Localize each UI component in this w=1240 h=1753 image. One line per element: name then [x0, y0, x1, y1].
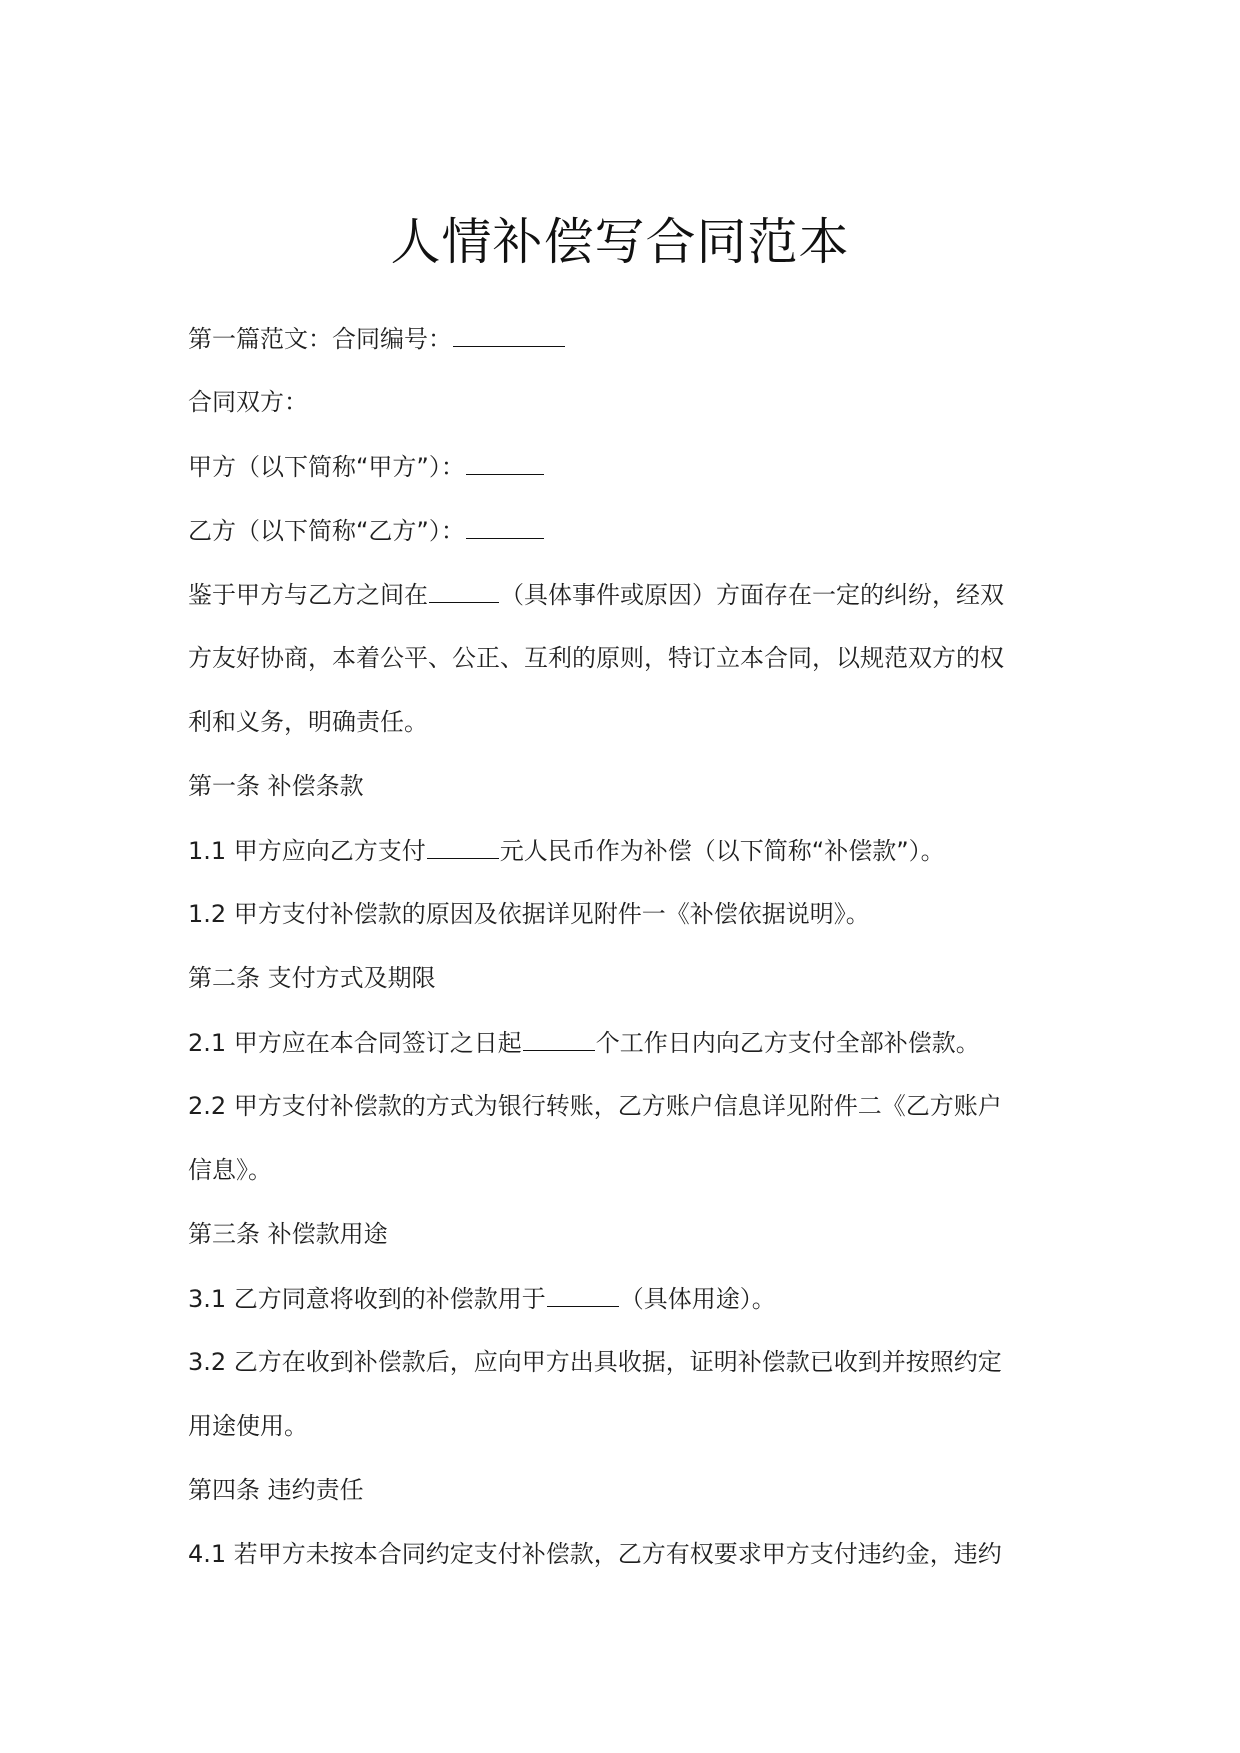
line-text: 合同双方：: [188, 388, 308, 416]
days-blank: [523, 1026, 595, 1051]
line-text: 信息》。: [188, 1156, 272, 1184]
line-text: 第二条 支付方式及期限: [188, 964, 436, 992]
line-text: 用途使用。: [188, 1412, 308, 1440]
line-text: 第三条 补偿款用途: [188, 1220, 388, 1248]
clause-4-1: 4.1 若甲方未按本合同约定支付补偿款，乙方有权要求甲方支付违约金，违约: [188, 1538, 1002, 1570]
line-text: 个工作日内向乙方支付全部补偿款。: [596, 1029, 980, 1057]
line-text: 1.2 甲方支付补偿款的原因及依据详见附件一《补偿依据说明》。: [188, 900, 870, 928]
preamble-line-1: 鉴于甲方与乙方之间在（具体事件或原因）方面存在一定的纠纷，经双: [188, 578, 1004, 611]
line-text: 3.1 乙方同意将收到的补偿款用于: [188, 1285, 546, 1313]
line-text: 4.1 若甲方未按本合同约定支付补偿款，乙方有权要求甲方支付违约金，违约: [188, 1540, 1002, 1568]
preamble-line-2: 方友好协商，本着公平、公正、互利的原则，特订立本合同，以规范双方的权: [188, 642, 1004, 674]
party-b-blank: [466, 514, 544, 539]
line-text: 第一篇范文：合同编号：: [188, 325, 452, 353]
line-text: （具体用途）。: [620, 1285, 776, 1313]
party-b-line: 乙方（以下简称“乙方”）：: [188, 514, 545, 547]
clause-2-2: 2.2 甲方支付补偿款的方式为银行转账，乙方账户信息详见附件二《乙方账户: [188, 1090, 1002, 1122]
party-a-line: 甲方（以下简称“甲方”）：: [188, 450, 545, 483]
clause-3-2: 3.2 乙方在收到补偿款后，应向甲方出具收据，证明补偿款已收到并按照约定: [188, 1346, 1002, 1378]
preamble-line-3: 利和义务，明确责任。: [188, 706, 428, 738]
line-text: 第一条 补偿条款: [188, 772, 364, 800]
contract-number-line: 第一篇范文：合同编号：: [188, 322, 566, 355]
party-a-blank: [466, 450, 544, 475]
event-blank: [429, 578, 499, 603]
line-text: 第四条 违约责任: [188, 1476, 364, 1504]
line-text: 2.2 甲方支付补偿款的方式为银行转账，乙方账户信息详见附件二《乙方账户: [188, 1092, 1002, 1120]
line-text: 2.1 甲方应在本合同签订之日起: [188, 1029, 522, 1057]
line-text: 乙方（以下简称“乙方”）：: [188, 517, 465, 545]
clause-1-2: 1.2 甲方支付补偿款的原因及依据详见附件一《补偿依据说明》。: [188, 898, 870, 930]
line-text: 元人民币作为补偿（以下简称“补偿款”）。: [500, 837, 945, 865]
line-text: 利和义务，明确责任。: [188, 708, 428, 736]
document-page: 人情补偿写合同范本 第一篇范文：合同编号： 合同双方： 甲方（以下简称“甲方”）…: [0, 0, 1240, 1753]
article-1-heading: 第一条 补偿条款: [188, 770, 364, 802]
usage-blank: [547, 1282, 619, 1307]
line-text: 鉴于甲方与乙方之间在: [188, 581, 428, 609]
clause-3-2-cont: 用途使用。: [188, 1410, 308, 1442]
article-2-heading: 第二条 支付方式及期限: [188, 962, 436, 994]
article-4-heading: 第四条 违约责任: [188, 1474, 364, 1506]
line-text: 方友好协商，本着公平、公正、互利的原则，特订立本合同，以规范双方的权: [188, 644, 1004, 672]
clause-1-1: 1.1 甲方应向乙方支付元人民币作为补偿（以下简称“补偿款”）。: [188, 834, 945, 867]
parties-heading: 合同双方：: [188, 386, 308, 418]
line-text: 3.2 乙方在收到补偿款后，应向甲方出具收据，证明补偿款已收到并按照约定: [188, 1348, 1002, 1376]
line-text: 甲方（以下简称“甲方”）：: [188, 453, 465, 481]
amount-blank: [427, 834, 499, 859]
line-text: 1.1 甲方应向乙方支付: [188, 837, 426, 865]
document-title: 人情补偿写合同范本: [0, 212, 1240, 272]
article-3-heading: 第三条 补偿款用途: [188, 1218, 388, 1250]
contract-number-blank: [453, 322, 565, 347]
clause-2-1: 2.1 甲方应在本合同签订之日起个工作日内向乙方支付全部补偿款。: [188, 1026, 980, 1059]
clause-3-1: 3.1 乙方同意将收到的补偿款用于（具体用途）。: [188, 1282, 776, 1315]
clause-2-2-cont: 信息》。: [188, 1154, 272, 1186]
line-text: （具体事件或原因）方面存在一定的纠纷，经双: [500, 581, 1004, 609]
